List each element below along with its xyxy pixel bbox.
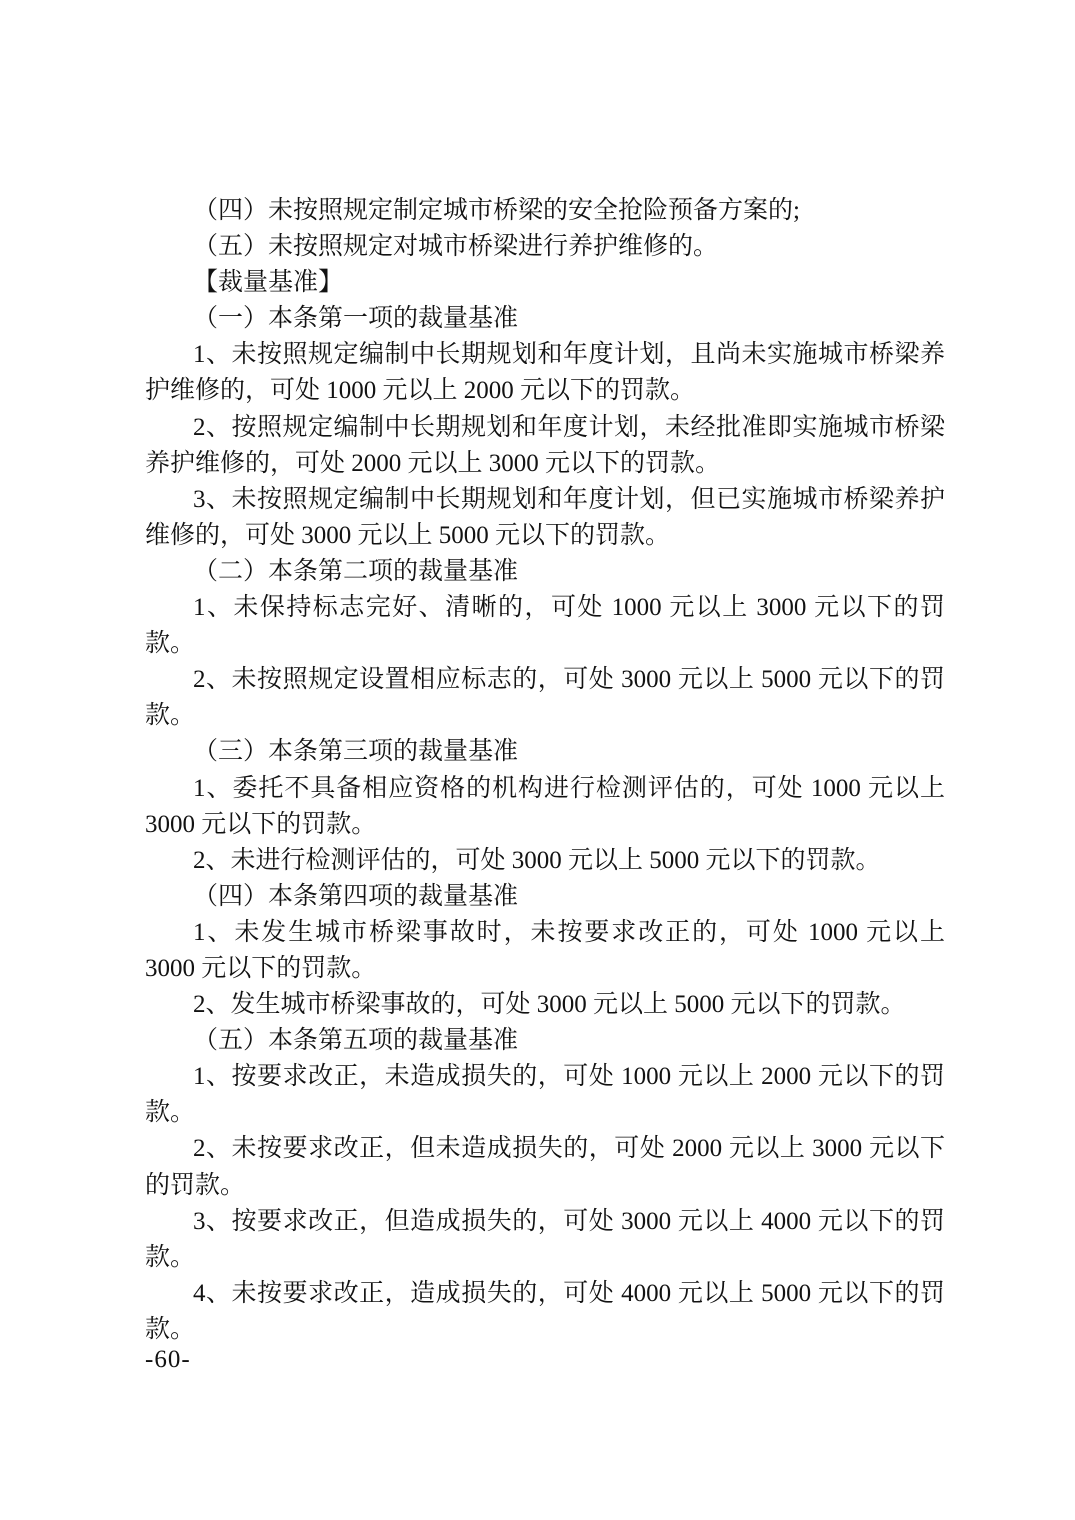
document-paragraph: 4、未按要求改正，造成损失的，可处 4000 元以上 5000 元以下的罚款。 — [145, 1276, 945, 1348]
document-paragraph: 2、未进行检测评估的，可处 3000 元以上 5000 元以下的罚款。 — [145, 843, 945, 879]
document-paragraph: 1、未按照规定编制中长期规划和年度计划，且尚未实施城市桥梁养护维修的，可处 10… — [145, 337, 945, 409]
subsection-heading: （四）本条第四项的裁量基准 — [145, 879, 945, 915]
document-paragraph: 2、未按照规定设置相应标志的，可处 3000 元以上 5000 元以下的罚款。 — [145, 662, 945, 734]
document-paragraph: 3、未按照规定编制中长期规划和年度计划，但已实施城市桥梁养护维修的，可处 300… — [145, 482, 945, 554]
document-paragraph: 1、未发生城市桥梁事故时，未按要求改正的，可处 1000 元以上 3000 元以… — [145, 915, 945, 987]
subsection-heading: （一）本条第一项的裁量基准 — [145, 301, 945, 337]
document-paragraph: 2、未按要求改正，但未造成损失的，可处 2000 元以上 3000 元以下的罚款… — [145, 1131, 945, 1203]
document-paragraph: 1、按要求改正，未造成损失的，可处 1000 元以上 2000 元以下的罚款。 — [145, 1059, 945, 1131]
subsection-heading: （二）本条第二项的裁量基准 — [145, 554, 945, 590]
subsection-heading: （五）本条第五项的裁量基准 — [145, 1023, 945, 1059]
page-number: -60- — [145, 1342, 191, 1378]
document-paragraph: 1、委托不具备相应资格的机构进行检测评估的，可处 1000 元以上 3000 元… — [145, 771, 945, 843]
section-heading-discretion-basis: 【裁量基准】 — [145, 265, 945, 301]
document-paragraph: 2、按照规定编制中长期规划和年度计划，未经批准即实施城市桥梁养护维修的，可处 2… — [145, 410, 945, 482]
document-paragraph: （四）未按照规定制定城市桥梁的安全抢险预备方案的; — [145, 193, 945, 229]
document-page: （四）未按照规定制定城市桥梁的安全抢险预备方案的; （五）未按照规定对城市桥梁进… — [0, 0, 1075, 1520]
document-paragraph: 2、发生城市桥梁事故的，可处 3000 元以上 5000 元以下的罚款。 — [145, 987, 945, 1023]
document-paragraph: （五）未按照规定对城市桥梁进行养护维修的。 — [145, 229, 945, 265]
document-paragraph: 1、未保持标志完好、清晰的，可处 1000 元以上 3000 元以下的罚款。 — [145, 590, 945, 662]
document-body: （四）未按照规定制定城市桥梁的安全抢险预备方案的; （五）未按照规定对城市桥梁进… — [145, 193, 945, 1348]
subsection-heading: （三）本条第三项的裁量基准 — [145, 734, 945, 770]
document-paragraph: 3、按要求改正，但造成损失的，可处 3000 元以上 4000 元以下的罚款。 — [145, 1204, 945, 1276]
